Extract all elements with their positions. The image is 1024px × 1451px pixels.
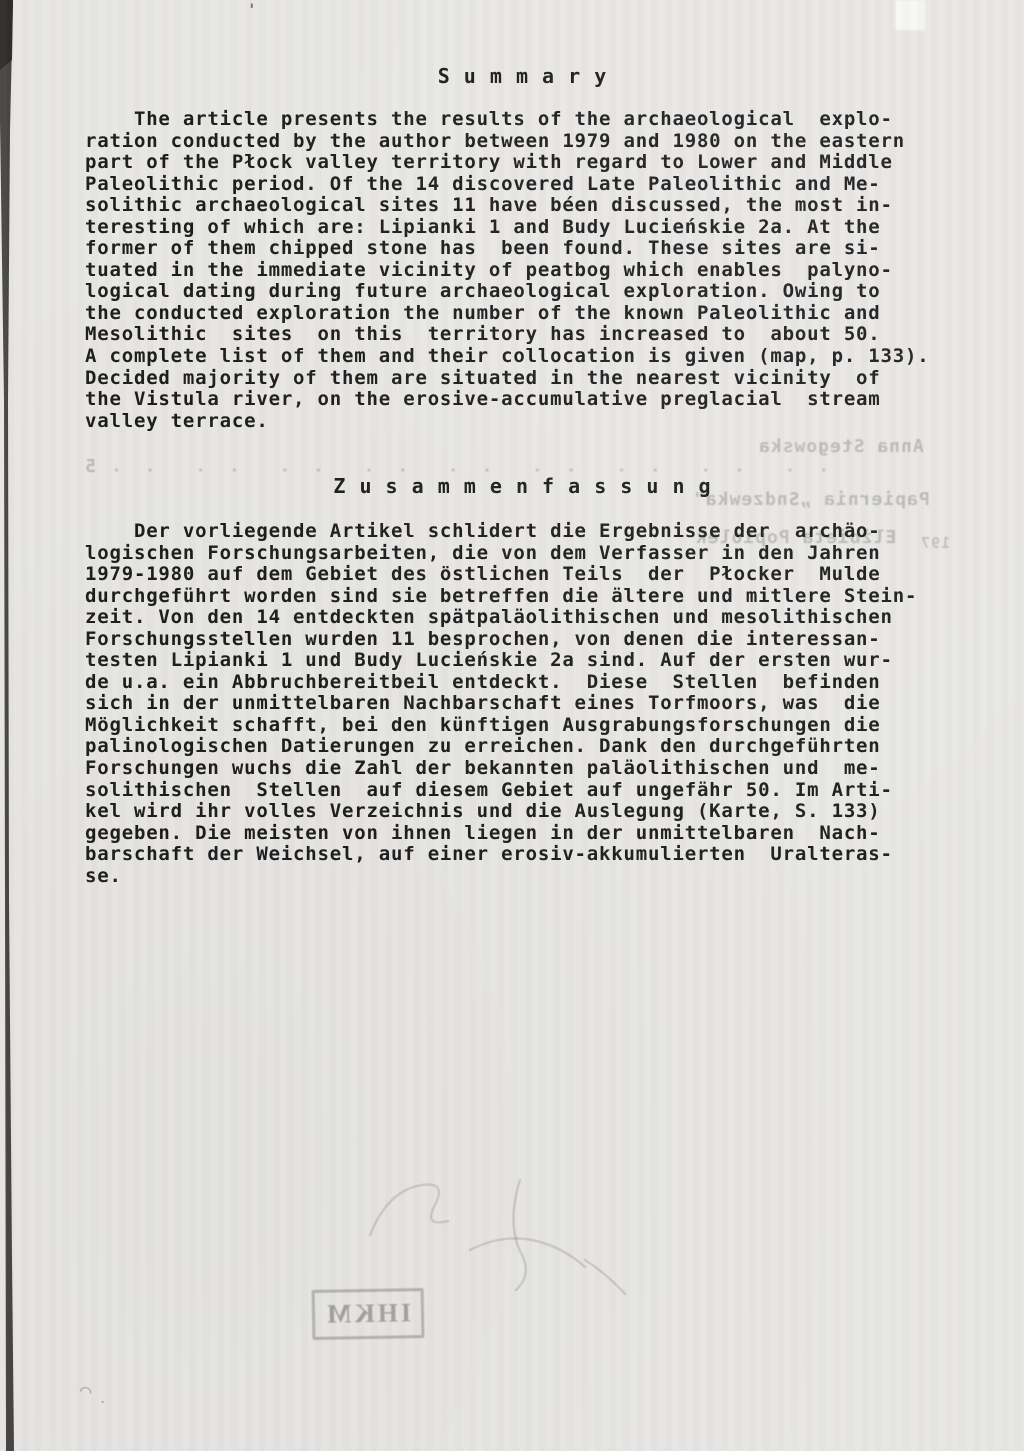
text-line: zeit. Von den 14 entdeckten spätpaläolit…	[85, 607, 917, 629]
text-line: A complete list of them and their colloc…	[85, 346, 930, 368]
text-line: The article presents the results of the …	[85, 109, 930, 131]
stray-mark: '	[247, 0, 257, 19]
summary-paragraph: The article presents the results of the …	[85, 109, 930, 432]
ihkm-stamp-text: IHKM	[324, 1298, 412, 1330]
summary-heading: S u m m a r y	[85, 64, 960, 88]
text-line: solithic archaeological sites 11 have bé…	[85, 195, 930, 217]
text-line: Decided majority of them are situated in…	[85, 368, 930, 390]
scanned-document-page: ' ⌒ · S u m m a r y The article presents…	[0, 0, 1024, 1451]
text-line: part of the Płock valley territory with …	[85, 152, 930, 174]
text-line: valley terrace.	[85, 411, 930, 433]
scan-edge-bar	[0, 0, 20, 1451]
text-line: Möglichkeit schafft, bei den künftigen A…	[85, 715, 917, 737]
text-line: Forschungsstellen wurden 11 besprochen, …	[85, 629, 917, 651]
text-line: ration conducted by the author between 1…	[85, 131, 930, 153]
text-line: barschaft der Weichsel, auf einer erosiv…	[85, 844, 917, 866]
text-line: the conducted exploration the number of …	[85, 303, 930, 325]
text-line: the Vistula river, on the erosive-accumu…	[85, 389, 930, 411]
text-line: Mesolithic sites on this territory has i…	[85, 324, 930, 346]
stray-mark: ⌒	[78, 1377, 95, 1403]
text-line: solithischen Stellen auf diesem Gebiet a…	[85, 780, 917, 802]
text-line: Paleolithic period. Of the 14 discovered…	[85, 174, 930, 196]
bleedthrough-text: Anna Stegowska	[758, 436, 924, 457]
text-line: kel wird ihr volles Verzeichnis und die …	[85, 801, 917, 823]
text-line: Der vorliegende Artikel schlidert die Er…	[85, 521, 917, 543]
text-line: se.	[85, 866, 917, 888]
text-line: tuated in the immediate vicinity of peat…	[85, 260, 930, 282]
text-line: Forschungen wuchs die Zahl der bekannten…	[85, 758, 917, 780]
text-line: palinologischen Datierungen zu erreichen…	[85, 736, 917, 758]
text-line: durchgeführt worden sind sie betreffen d…	[85, 586, 917, 608]
bleedthrough-page-number: 197	[920, 534, 950, 552]
text-line: former of them chipped stone has been fo…	[85, 238, 930, 260]
text-line: de u.a. ein Abbruchbereitbeil entdeckt. …	[85, 672, 917, 694]
zusammenfassung-heading: Z u s a m m e n f a s s u n g	[85, 474, 960, 498]
stray-mark: ·	[99, 1395, 106, 1409]
zusammenfassung-paragraph: Der vorliegende Artikel schlidert die Er…	[85, 521, 917, 887]
text-line: testen Lipianki 1 und Budy Lucieńskie 2a…	[85, 650, 917, 672]
text-line: teresting of which are: Lipianki 1 and B…	[85, 217, 930, 239]
ihkm-stamp: IHKM	[312, 1288, 425, 1340]
text-line: 1979-1980 auf dem Gebiet des östlichen T…	[85, 564, 917, 586]
text-line: logical dating during future archaeologi…	[85, 281, 930, 303]
handwriting-scribble	[330, 1140, 670, 1310]
text-line: gegeben. Die meisten von ihnen liegen in…	[85, 823, 917, 845]
scan-white-patch	[895, 0, 925, 30]
text-line: sich in der unmittelbaren Nachbarschaft …	[85, 693, 917, 715]
text-line: logischen Forschungsarbeiten, die von de…	[85, 543, 917, 565]
